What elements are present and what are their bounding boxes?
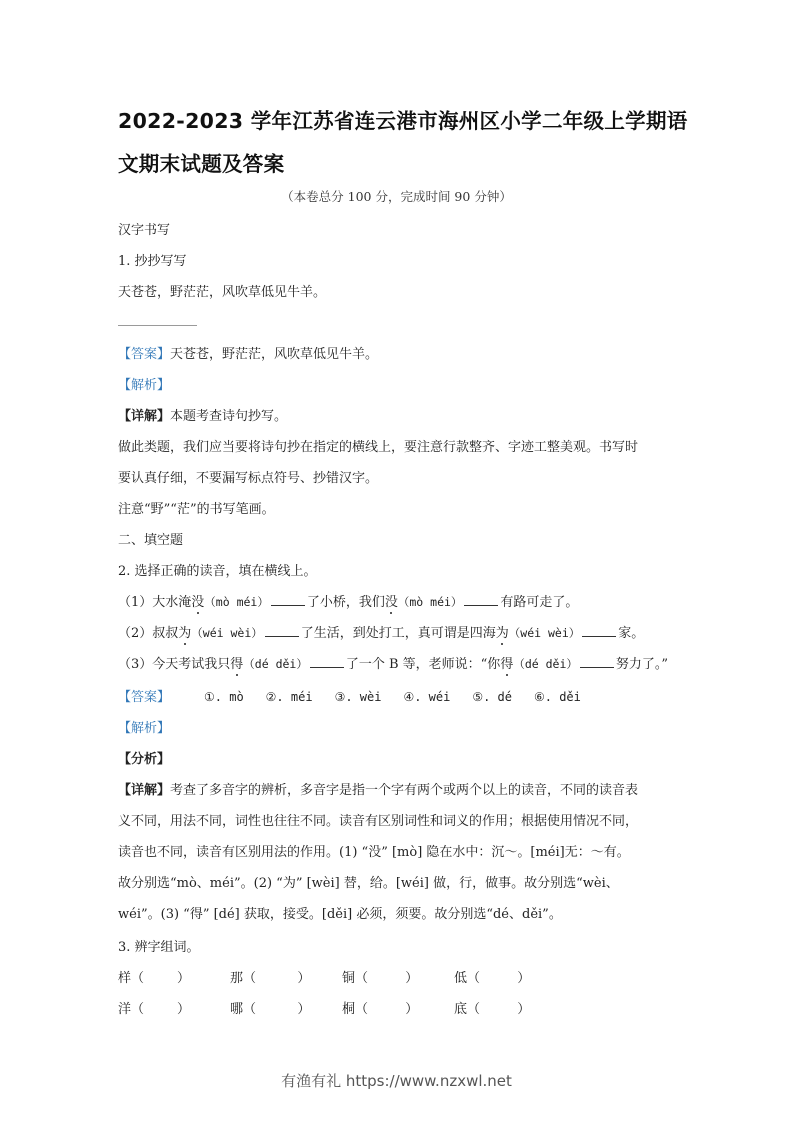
dotted-character: 得 [230, 653, 243, 672]
question-1-title: 1. 抄抄写写 [118, 250, 187, 269]
pinyin-options: （mò méi） [398, 595, 463, 609]
detail-line-4: 故分别选“mò、méi”。(2) “为” [wèi] 替，给。[wéi] 做，行… [118, 872, 619, 891]
question-2-title: 2. 选择正确的读音，填在横线上。 [118, 560, 317, 579]
detail-paragraph-line-1: 做此类题，我们应当要将诗句抄在指定的横线上，要注意行款整齐、字迹工整美观。书写时 [118, 436, 638, 455]
document-page: 2022-2023 学年江苏省连云港市海州区小学二年级上学期语 文期末试题及答案… [0, 0, 793, 1122]
dotted-character: 没 [191, 591, 204, 610]
page-title-line-2: 文期末试题及答案 [118, 147, 688, 177]
dotted-character: 为 [178, 622, 191, 641]
page-title-line-1: 2022-2023 学年江苏省连云港市海州区小学二年级上学期语 [118, 104, 688, 134]
word-group-row-2: 洋（ ） 哪（ ） 桐（ ） 底（ ） [118, 998, 566, 1017]
answer-blank[interactable] [271, 593, 305, 606]
answer-blank[interactable] [580, 655, 614, 668]
detail-line-3: 读音也不同，读音有区别用法的作用。(1) “没” [mò] 隐在水中：沉～。[m… [118, 841, 630, 860]
answer-item: ①. mò [204, 690, 244, 704]
dotted-character: 没 [385, 591, 398, 610]
detail-text: 本题考查诗句抄写。 [170, 409, 287, 424]
question-1-text: 天苍苍，野茫茫，风吹草低见牛羊。 [118, 281, 326, 300]
detail-line-1: 【详解】考查了多音字的辨析，多音字是指一个字有两个或两个以上的读音，不同的读音表 [118, 779, 638, 798]
word-group-cell[interactable]: 低（ ） [454, 967, 566, 986]
word-group-cell[interactable]: 铜（ ） [342, 967, 454, 986]
detail-line-2: 义不同，用法不同，词性也往往不同。读音有区别词性和词义的作用；根据使用情况不同， [118, 810, 638, 829]
dotted-character: 为 [496, 622, 509, 641]
answer-blank[interactable] [464, 593, 498, 606]
answer-blank[interactable] [310, 655, 344, 668]
answer-item: ⑥. děi [534, 690, 581, 704]
footer-watermark: 有渔有礼 https://www.nzxwl.net [0, 1070, 793, 1091]
section-heading-writing: 汉字书写 [118, 219, 170, 238]
pinyin-options: （mò méi） [204, 595, 269, 609]
detail-paragraph-line-2: 要认真仔细，不要漏写标点符号、抄错汉字。 [118, 467, 378, 486]
answer-divider [118, 325, 197, 326]
question-1-detail: 【详解】本题考查诗句抄写。 [118, 405, 287, 424]
word-group-cell[interactable]: 哪（ ） [230, 998, 342, 1017]
answer-blank[interactable] [265, 624, 299, 637]
answer-label: 【答案】 [118, 347, 170, 362]
pinyin-options: （wéi wèi） [191, 626, 262, 640]
pinyin-options: （dé děi） [243, 657, 308, 671]
answer-blank[interactable] [582, 624, 616, 637]
exam-info: （本卷总分 100 分，完成时间 90 分钟） [0, 187, 793, 205]
detail-note: 注意“野”“茫”的书写笔画。 [118, 498, 275, 517]
question-2-item-1: （1）大水淹没（mò méi）了小桥，我们没（mò méi）有路可走了。 [118, 591, 578, 610]
answer-item: ②. méi [266, 690, 313, 704]
question-3-title: 3. 辨字组词。 [118, 936, 200, 955]
answer-item: ⑤. dé [472, 690, 512, 704]
answer-item: ③. wèi [335, 690, 382, 704]
question-2-answer: 【答案】①. mò②. méi③. wèi④. wéi⑤. dé⑥. děi [118, 686, 603, 705]
pinyin-options: （wéi wèi） [509, 626, 580, 640]
detail-line-5: wéi”。(3) “得” [dé] 获取，接受。[děi] 必须，须要。故分别选… [118, 903, 562, 922]
answer-item: ④. wéi [403, 690, 450, 704]
answer-text: 天苍苍，野茫茫，风吹草低见牛羊。 [170, 347, 378, 362]
question-2-item-2: （2）叔叔为（wéi wèi）了生活，到处打工，真可谓是四海为（wéi wèi）… [118, 622, 644, 641]
question-2-item-3: （3）今天考试我只得（dé děi）了一个 B 等，老师说：“你得（dé děi… [118, 653, 668, 672]
word-group-cell[interactable]: 底（ ） [454, 998, 566, 1017]
word-group-cell[interactable]: 那（ ） [230, 967, 342, 986]
pinyin-options: （dé děi） [513, 657, 578, 671]
analysis-label: 【解析】 [118, 374, 170, 393]
analysis-label: 【解析】 [118, 717, 170, 736]
detail-label: 【详解】 [118, 783, 170, 798]
word-group-cell[interactable]: 桐（ ） [342, 998, 454, 1017]
question-1-answer: 【答案】天苍苍，野茫茫，风吹草低见牛羊。 [118, 343, 378, 362]
dotted-character: 得 [500, 653, 513, 672]
detail-label: 【详解】 [118, 409, 170, 424]
section-heading-fill-blank: 二、填空题 [118, 529, 183, 548]
word-group-cell[interactable]: 洋（ ） [118, 998, 230, 1017]
fenxi-label: 【分析】 [118, 748, 170, 767]
word-group-cell[interactable]: 样（ ） [118, 967, 230, 986]
word-group-row-1: 样（ ） 那（ ） 铜（ ） 低（ ） [118, 967, 566, 986]
answer-label: 【答案】 [118, 690, 170, 705]
